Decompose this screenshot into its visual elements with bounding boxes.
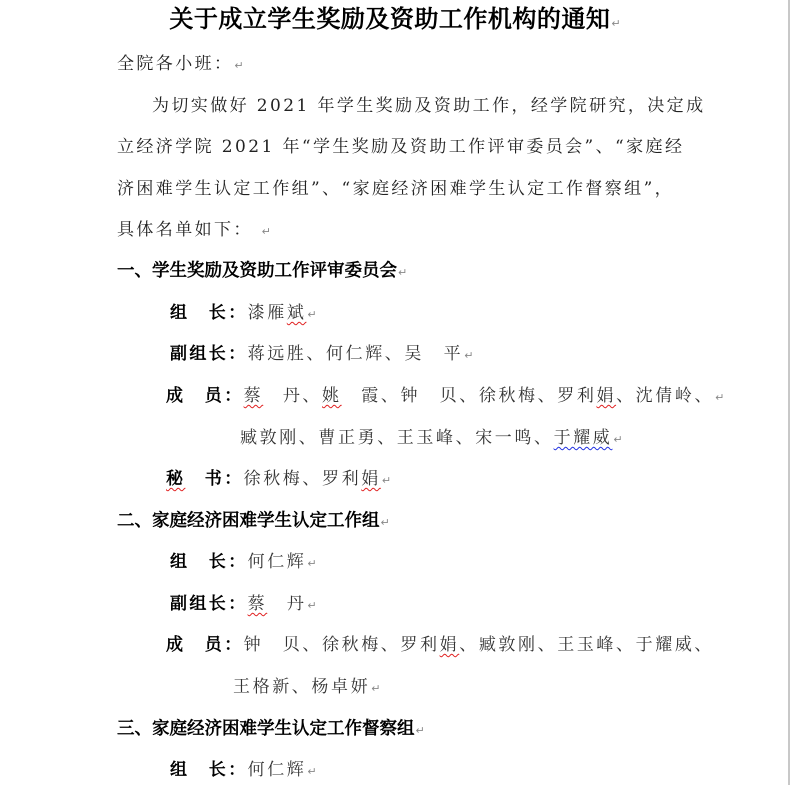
- intro-line-4-text: 具体名单如下：: [117, 220, 253, 240]
- deputy-label: 副组长：: [170, 596, 248, 613]
- section-1-leader-row: 组 长：漆雁斌↵: [170, 305, 317, 322]
- paragraph-mark-icon: ↵: [416, 724, 425, 737]
- members-label: 成 员：: [166, 637, 244, 654]
- section-2-members-row: 成 员：钟 贝、徐秋梅、罗利娟、臧敦刚、王玉峰、于耀威、: [166, 637, 714, 654]
- paragraph-mark-icon: ↵: [307, 557, 316, 570]
- salutation-text: 全院各小班：: [117, 54, 233, 74]
- paragraph-mark-icon: ↵: [234, 59, 243, 72]
- paragraph-mark-icon: ↵: [382, 474, 391, 487]
- section-2-members-row-continued: 王格新、杨卓妍↵: [233, 679, 380, 696]
- paragraph-mark-icon: ↵: [464, 349, 473, 362]
- leader-label: 组 长：: [170, 762, 248, 779]
- members-label: 成 员：: [166, 388, 244, 405]
- leader-names: 何仁辉: [248, 552, 307, 572]
- paragraph-mark-icon: ↵: [381, 516, 390, 529]
- deputy-label: 副组长：: [170, 346, 248, 363]
- section-1-members-row-continued: 臧敦刚、曹正勇、王玉峰、宋一鸣、于耀威↵: [240, 430, 623, 447]
- intro-line-4: 具体名单如下： ↵: [117, 222, 271, 239]
- section-1-secretary-row: 秘 书：徐秋梅、罗利娟↵: [166, 471, 391, 488]
- section-2-heading-text: 二、家庭经济困难学生认定工作组: [117, 511, 380, 531]
- members-names-line-1: 钟 贝、徐秋梅、罗利娟、臧敦刚、王玉峰、于耀威、: [244, 635, 714, 655]
- paragraph-mark-icon: ↵: [262, 225, 271, 238]
- members-names-line-2: 王格新、杨卓妍: [233, 677, 370, 697]
- paragraph-mark-icon: ↵: [611, 17, 620, 30]
- intro-line-3: 济困难学生认定工作组”、“家庭经济困难学生认定工作督察组”，: [117, 181, 674, 198]
- section-2-leader-row: 组 长：何仁辉↵: [170, 554, 317, 571]
- leader-label: 组 长：: [170, 554, 248, 571]
- leader-label: 组 长：: [170, 305, 248, 322]
- paragraph-mark-icon: ↵: [307, 599, 316, 612]
- leader-names: 漆雁斌: [248, 303, 307, 323]
- paragraph-mark-icon: ↵: [613, 433, 622, 446]
- secretary-label: 秘 书：: [166, 471, 244, 488]
- paragraph-mark-icon: ↵: [307, 308, 316, 321]
- spellcheck-mark: 斌: [287, 303, 307, 323]
- section-2-heading: 二、家庭经济困难学生认定工作组↵: [117, 513, 390, 531]
- section-3-heading-text: 三、家庭经济困难学生认定工作督察组: [117, 719, 415, 739]
- section-3-leader-row: 组 长：何仁辉↵: [170, 762, 317, 779]
- section-3-heading: 三、家庭经济困难学生认定工作督察组↵: [117, 721, 425, 739]
- members-names-line-1: 蔡 丹、姚 霞、钟 贝、徐秋梅、罗利娟、沈倩岭、: [244, 386, 714, 406]
- section-1-deputy-row: 副组长：蒋远胜、何仁辉、吴 平↵: [170, 346, 473, 363]
- section-1-heading: 一、学生奖励及资助工作评审委员会↵: [117, 263, 407, 281]
- paragraph-mark-icon: ↵: [371, 682, 380, 695]
- paragraph-mark-icon: ↵: [307, 765, 316, 778]
- intro-line-2: 立经济学院 2021 年“学生奖励及资助工作评审委员会”、“家庭经: [117, 139, 684, 156]
- salutation: 全院各小班：↵: [117, 56, 244, 73]
- title-text: 关于成立学生奖励及资助工作机构的通知: [169, 4, 610, 33]
- paragraph-mark-icon: ↵: [715, 391, 724, 404]
- deputy-names: 蒋远胜、何仁辉、吴 平: [248, 344, 464, 364]
- paragraph-mark-icon: ↵: [398, 266, 407, 279]
- section-2-deputy-row: 副组长：蔡 丹↵: [170, 596, 317, 613]
- document-title: 关于成立学生奖励及资助工作机构的通知↵: [0, 7, 790, 31]
- secretary-names: 徐秋梅、罗利娟: [244, 469, 381, 489]
- section-1-heading-text: 一、学生奖励及资助工作评审委员会: [117, 261, 397, 281]
- deputy-names: 蔡 丹: [248, 594, 307, 614]
- section-1-members-row: 成 员：蔡 丹、姚 霞、钟 贝、徐秋梅、罗利娟、沈倩岭、↵: [166, 388, 724, 405]
- leader-names: 何仁辉: [248, 760, 307, 780]
- members-names-line-2: 臧敦刚、曹正勇、王玉峰、宋一鸣、于耀威: [240, 428, 612, 448]
- intro-line-1: 为切实做好 2021 年学生奖励及资助工作，经学院研究，决定成: [152, 98, 705, 115]
